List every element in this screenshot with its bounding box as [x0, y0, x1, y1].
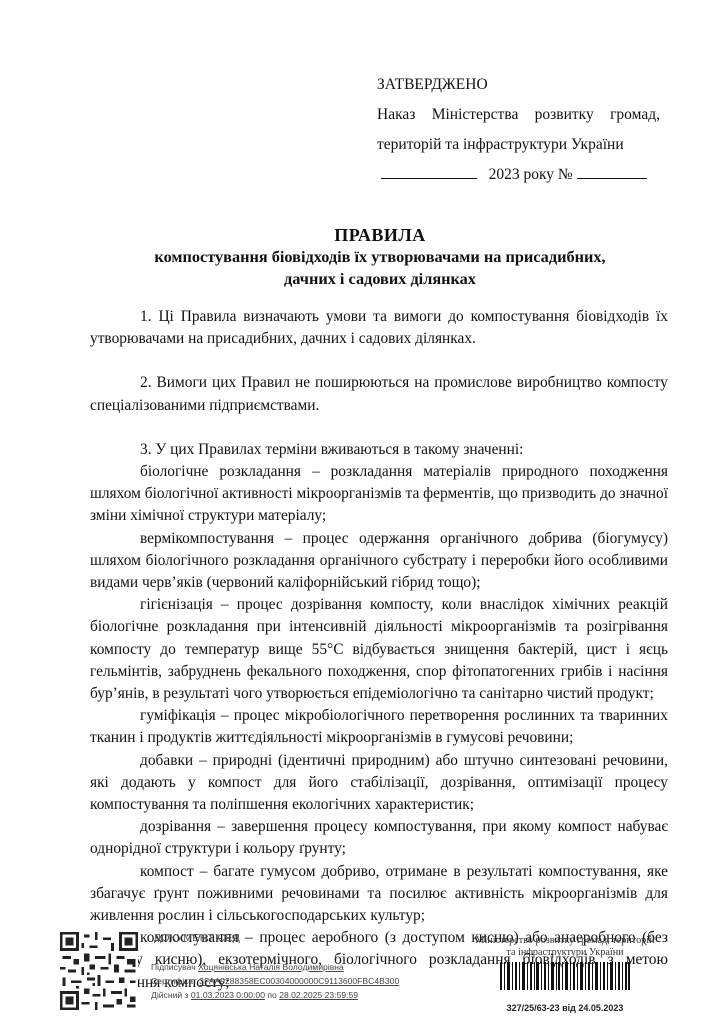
title-main: ПРАВИЛА	[80, 225, 680, 245]
valid-to: 28.02.2025 23:59:59	[279, 990, 358, 1000]
approval-order-line2: територій та інфраструктури України	[377, 130, 667, 160]
number-blank	[577, 164, 647, 179]
approval-order-line1: Наказ Міністерства розвитку громад,	[377, 100, 660, 130]
document-title: ПРАВИЛА компостування біовідходів їх утв…	[80, 225, 680, 289]
paragraph-1: 1. Ці Правила визначають умови та вимоги…	[90, 306, 668, 350]
registration-stamp: Міністерство розвитку громад, територій …	[460, 935, 670, 1013]
document-body: 1. Ці Правила визначають умови та вимоги…	[90, 306, 668, 994]
paragraph-3: 3. У цих Правилах терміни вживаються в т…	[90, 439, 668, 461]
valid-from: 01.03.2023 0:00:00	[191, 990, 265, 1000]
document-page: ЗАТВЕРДЖЕНО Наказ Міністерства розвитку …	[0, 0, 724, 1024]
approval-stamp: ЗАТВЕРДЖЕНО	[377, 70, 667, 100]
paragraph-2: 2. Вимоги цих Правил не поширюються на п…	[90, 372, 668, 416]
qr-code-icon	[60, 932, 138, 1010]
document-sed-label: ДОКУМЕНТ СЕД	[154, 932, 240, 944]
ministry-line1: Міністерство розвитку громад, територій	[460, 935, 670, 947]
approval-block: ЗАТВЕРДЖЕНО Наказ Міністерства розвитку …	[377, 70, 667, 190]
certificate-row: Сертифікат 3FAA9288358EC00304000000C9113…	[151, 974, 399, 988]
signer-row: Підписувач Хоцянівська Наталія Володимир…	[151, 960, 399, 974]
barcode-icon	[500, 962, 630, 990]
definition-humification: гуміфікація – процес мікробіологічного п…	[90, 705, 668, 749]
validity-row: Дійсний з 01.03.2023 0:00:00 по 28.02.20…	[151, 988, 399, 1002]
definition-maturation: дозрівання – завершення процесу компосту…	[90, 816, 668, 860]
signature-details: Підписувач Хоцянівська Наталія Володимир…	[151, 960, 399, 1002]
approval-date-line: 2023 року №	[377, 160, 667, 190]
definition-biodegradation: біологічне розкладання – розкладання мат…	[90, 461, 668, 528]
definition-compost: компост – багате гумусом добриво, отрима…	[90, 861, 668, 928]
definition-vermicomposting: вермікомпостування – процес одержання ор…	[90, 528, 668, 595]
certificate-value: 3FAA9288358EC00304000000C9113600FBC4B300	[199, 976, 399, 986]
title-sub-line2: дачних і садових ділянках	[80, 269, 680, 289]
date-blank	[381, 164, 477, 179]
title-sub-line1: компостування біовідходів їх утворювачам…	[80, 247, 680, 267]
ministry-line2: та інфраструктури України	[460, 947, 670, 959]
registration-number: 327/25/63-23 від 24.05.2023	[460, 1003, 670, 1013]
definition-additives: добавки – природні (ідентичні природним)…	[90, 750, 668, 817]
definition-hygienization: гігієнізація – процес дозрівання компост…	[90, 594, 668, 705]
e-signature-block: ДОКУМЕНТ СЕД Підписувач Хоцянівська Ната…	[60, 932, 460, 1022]
signer-name: Хоцянівська Наталія Володимирівна	[198, 962, 344, 972]
